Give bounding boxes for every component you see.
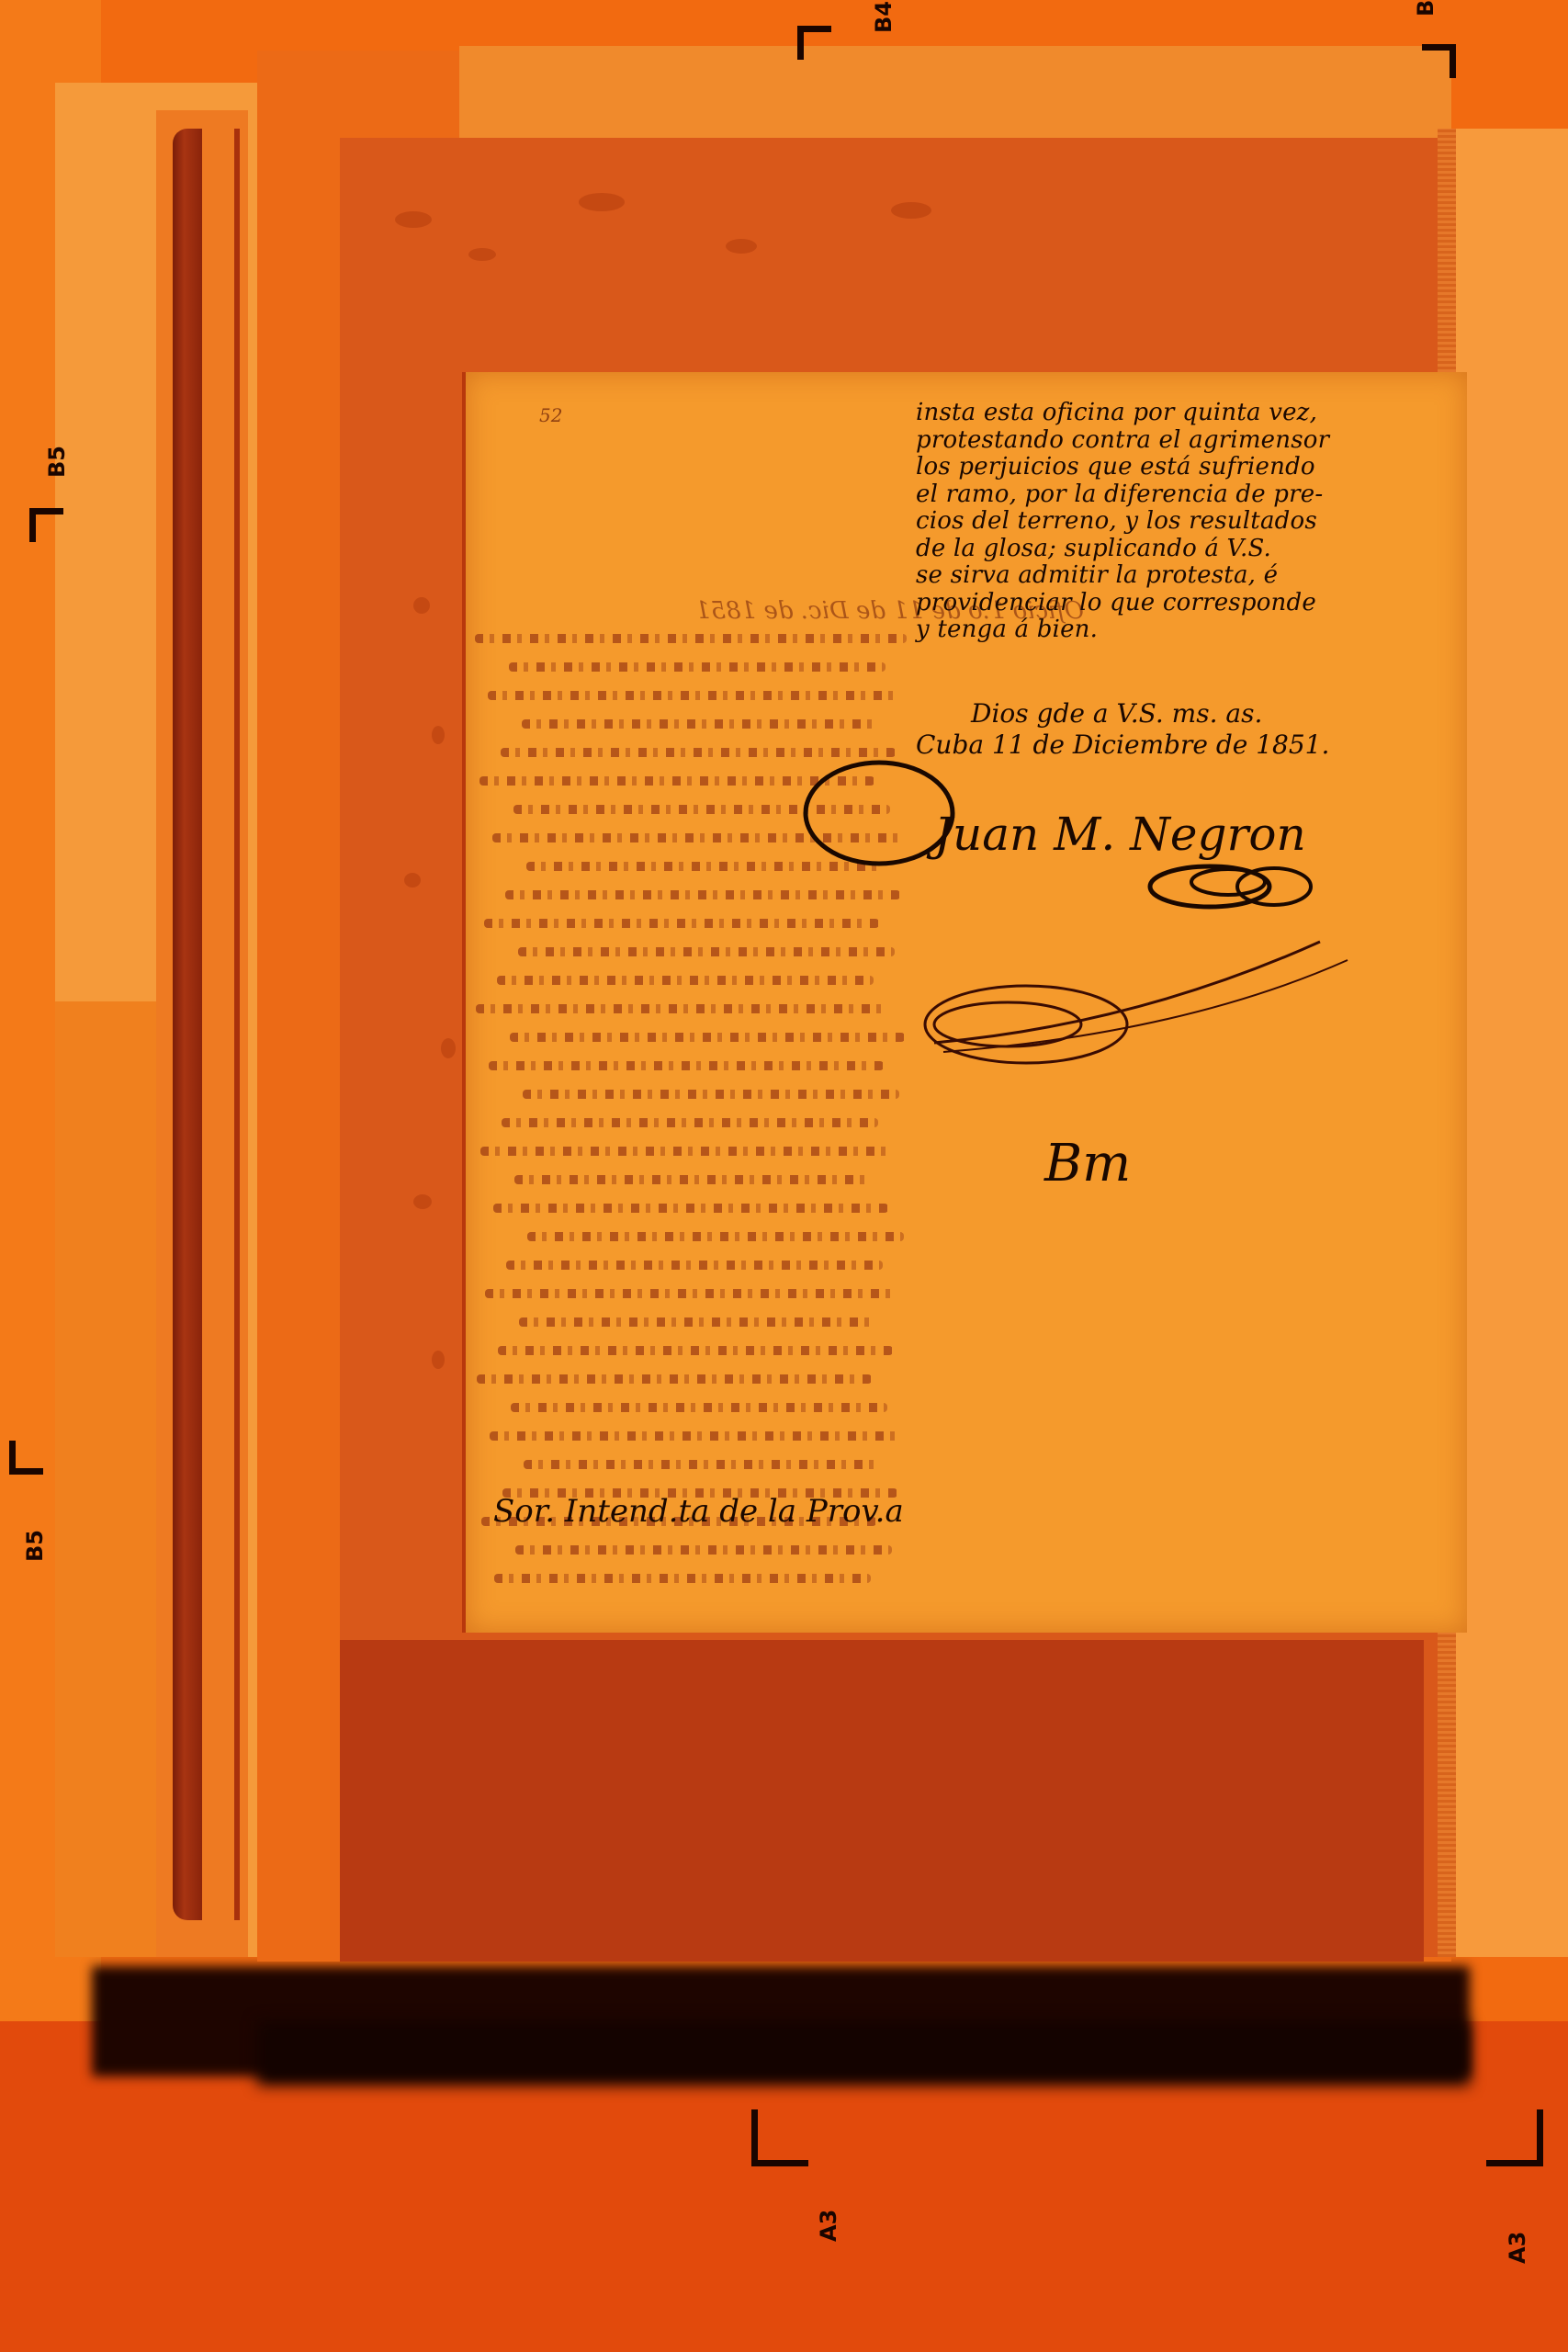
bleed-through-line — [490, 1431, 903, 1441]
bleed-through-line — [506, 1261, 883, 1270]
bleed-through-line — [511, 1403, 887, 1412]
bleed-through-line — [489, 1061, 884, 1070]
letter-line: y tenga á bien. — [916, 616, 1412, 644]
marginal-initial-text: Bm — [1043, 1134, 1131, 1193]
letter-line: de la glosa; suplicando á V.S. — [916, 536, 1412, 563]
bleed-through-line — [514, 1175, 873, 1184]
marginal-initial: Bm — [1035, 1116, 1145, 1199]
bleed-through-text: Oficio 1.o de 11 de Dic. de 1851 — [466, 593, 907, 1622]
bleed-through-line — [527, 1232, 904, 1241]
binding-spine-shadow — [173, 129, 202, 1920]
bleed-through-line — [480, 1147, 894, 1156]
right-volume — [1456, 129, 1568, 1957]
closing-salutation: Dios gde a V.S. ms. as. — [916, 698, 1412, 729]
bleed-through-line — [476, 1004, 889, 1013]
folder-top-flap — [459, 46, 1451, 147]
manuscript-page: 52 Oficio 1.o de 11 de Dic. de 1851 inst… — [462, 372, 1467, 1633]
bleed-through-line — [497, 976, 874, 985]
bleed-through-line — [524, 1460, 882, 1469]
bleed-through-line — [494, 1574, 871, 1583]
bleed-through-line — [485, 1289, 898, 1298]
signature-flourish: Juan M. Negron — [796, 749, 1348, 914]
letter-line: insta esta oficina por quinta vez, — [916, 400, 1412, 427]
letter-body: insta esta oficina por quinta vez, prote… — [916, 400, 1412, 644]
crop-mark-top-right — [1422, 44, 1456, 78]
page-mark: 52 — [539, 404, 562, 426]
back-sheet-lower — [55, 1001, 156, 1957]
crop-mark-top-center — [797, 26, 831, 60]
bleed-through-line — [488, 691, 901, 700]
letter-line: los perjuicios que está sufriendo — [916, 454, 1412, 481]
crop-mark-left-upper — [29, 508, 63, 542]
mark-label-top-right: B — [1413, 0, 1438, 17]
bleed-through-line — [498, 1346, 893, 1355]
crop-mark-left-lower — [9, 1441, 43, 1475]
bleed-through-line — [509, 662, 886, 672]
bleed-through-line — [510, 1033, 905, 1042]
folder-bottom-strip — [340, 1640, 1424, 1962]
bleed-through-line — [523, 1090, 899, 1099]
secondary-rubric — [907, 923, 1421, 1089]
binding-spine-edge — [234, 129, 240, 1920]
bleed-through-line — [519, 1317, 877, 1327]
letter-line: protestando contra el agrimensor — [916, 427, 1412, 455]
mark-label-bottom-right: A3 — [1505, 2232, 1530, 2264]
book-shadow-inner — [257, 2021, 1470, 2086]
bleed-through-line — [475, 634, 907, 643]
signature-text: Juan M. Negron — [926, 808, 1306, 861]
bleed-through-line — [518, 947, 895, 956]
addressee-line: Sor. Intend.ta de la Prov.a — [493, 1493, 904, 1530]
letter-line: cios del terreno, y los resultados — [916, 508, 1412, 536]
mark-label-left-upper: B5 — [44, 446, 70, 478]
bleed-through-line — [502, 1118, 878, 1127]
letter-line: el ramo, por la diferencia de pre- — [916, 481, 1412, 509]
bleed-through-line — [484, 919, 879, 928]
bleed-through-line — [477, 1374, 872, 1384]
letter-line: providenciar lo que corresponde — [916, 590, 1412, 617]
crop-mark-bottom-center — [751, 2109, 808, 2166]
bleed-through-line — [515, 1545, 892, 1555]
letter-line: se sirva admitir la protesta, é — [916, 562, 1412, 590]
bleed-through-line — [522, 719, 880, 729]
mark-label-top-center: B4 — [871, 1, 897, 33]
mark-label-bottom-center: A3 — [816, 2210, 841, 2242]
mark-label-left-lower: B5 — [22, 1530, 48, 1562]
crop-mark-bottom-right — [1486, 2109, 1543, 2166]
bleed-through-line — [493, 1204, 888, 1213]
